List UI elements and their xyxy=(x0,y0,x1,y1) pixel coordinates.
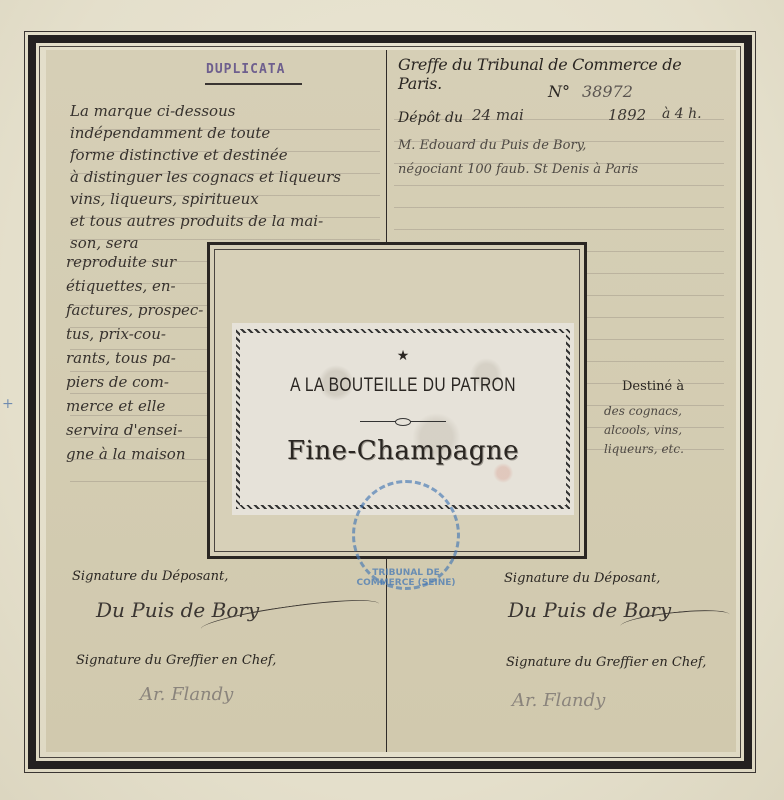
tribunal-stamp-text: TRIBUNAL DE COMMERCE (SEINE) xyxy=(352,568,460,588)
description-line: tus, prix-cou- xyxy=(66,322,206,346)
label-title: A LA BOUTEILLE DU PATRON xyxy=(266,375,540,397)
clerk-signature-label-left: Signature du Greffier en Chef, xyxy=(76,653,276,668)
description-line: servira d'ensei- xyxy=(66,418,206,442)
description-line: reproduite sur xyxy=(66,250,206,274)
destination-label: Destiné à xyxy=(622,379,684,394)
destination-line: alcools, vins, xyxy=(604,423,682,437)
deposit-hour: à 4 h. xyxy=(662,106,702,122)
description-line: merce et elle xyxy=(66,394,206,418)
description-line: étiquettes, en- xyxy=(66,274,206,298)
duplicata-underline xyxy=(205,83,302,85)
description-line: factures, prospec- xyxy=(66,298,206,322)
deposit-day: 24 mai xyxy=(472,106,524,124)
description-line: La marque ci-dessous xyxy=(70,100,382,122)
destination-line: des cognacs, xyxy=(604,404,682,418)
duplicata-stamp: DUPLICATA xyxy=(206,62,285,77)
registry-number-label: N° xyxy=(548,82,570,101)
depositor-signature-label-left: Signature du Déposant, xyxy=(72,569,228,584)
description-line: rants, tous pa- xyxy=(66,346,206,370)
mark-description-continued: reproduite sur étiquettes, en- factures,… xyxy=(66,250,206,466)
registry-number: 38972 xyxy=(582,82,633,101)
destination-line: liqueurs, etc. xyxy=(604,442,684,456)
deposit-label: Dépôt du xyxy=(398,110,463,126)
description-line: piers de com- xyxy=(66,370,206,394)
clerk-signature-label-right: Signature du Greffier en Chef, xyxy=(506,655,706,670)
label-divider-knot xyxy=(395,418,411,426)
description-line: vins, liqueurs, spiritueux xyxy=(70,188,382,210)
clerk-signature-left: Ar. Flandy xyxy=(140,684,233,705)
margin-mark: + xyxy=(2,396,14,412)
deposit-year: 1892 xyxy=(608,106,646,124)
depositor-name: M. Edouard du Puis de Bory, xyxy=(398,138,586,153)
clerk-signature-right: Ar. Flandy xyxy=(512,690,605,711)
description-line: à distinguer les cognacs et liqueurs xyxy=(70,166,382,188)
mark-description: La marque ci-dessous indépendamment de t… xyxy=(70,100,382,254)
depositor-signature-label-right: Signature du Déposant, xyxy=(504,571,660,586)
depositor-address: négociant 100 faub. St Denis à Paris xyxy=(398,162,638,177)
description-line: gne à la maison xyxy=(66,442,206,466)
description-line: et tous autres produits de la mai- xyxy=(70,210,382,232)
description-line: forme distinctive et destinée xyxy=(70,144,382,166)
label-product-name: Fine-Champagne xyxy=(236,436,570,466)
description-line: indépendamment de toute xyxy=(70,122,382,144)
star-icon: ★ xyxy=(236,348,570,364)
